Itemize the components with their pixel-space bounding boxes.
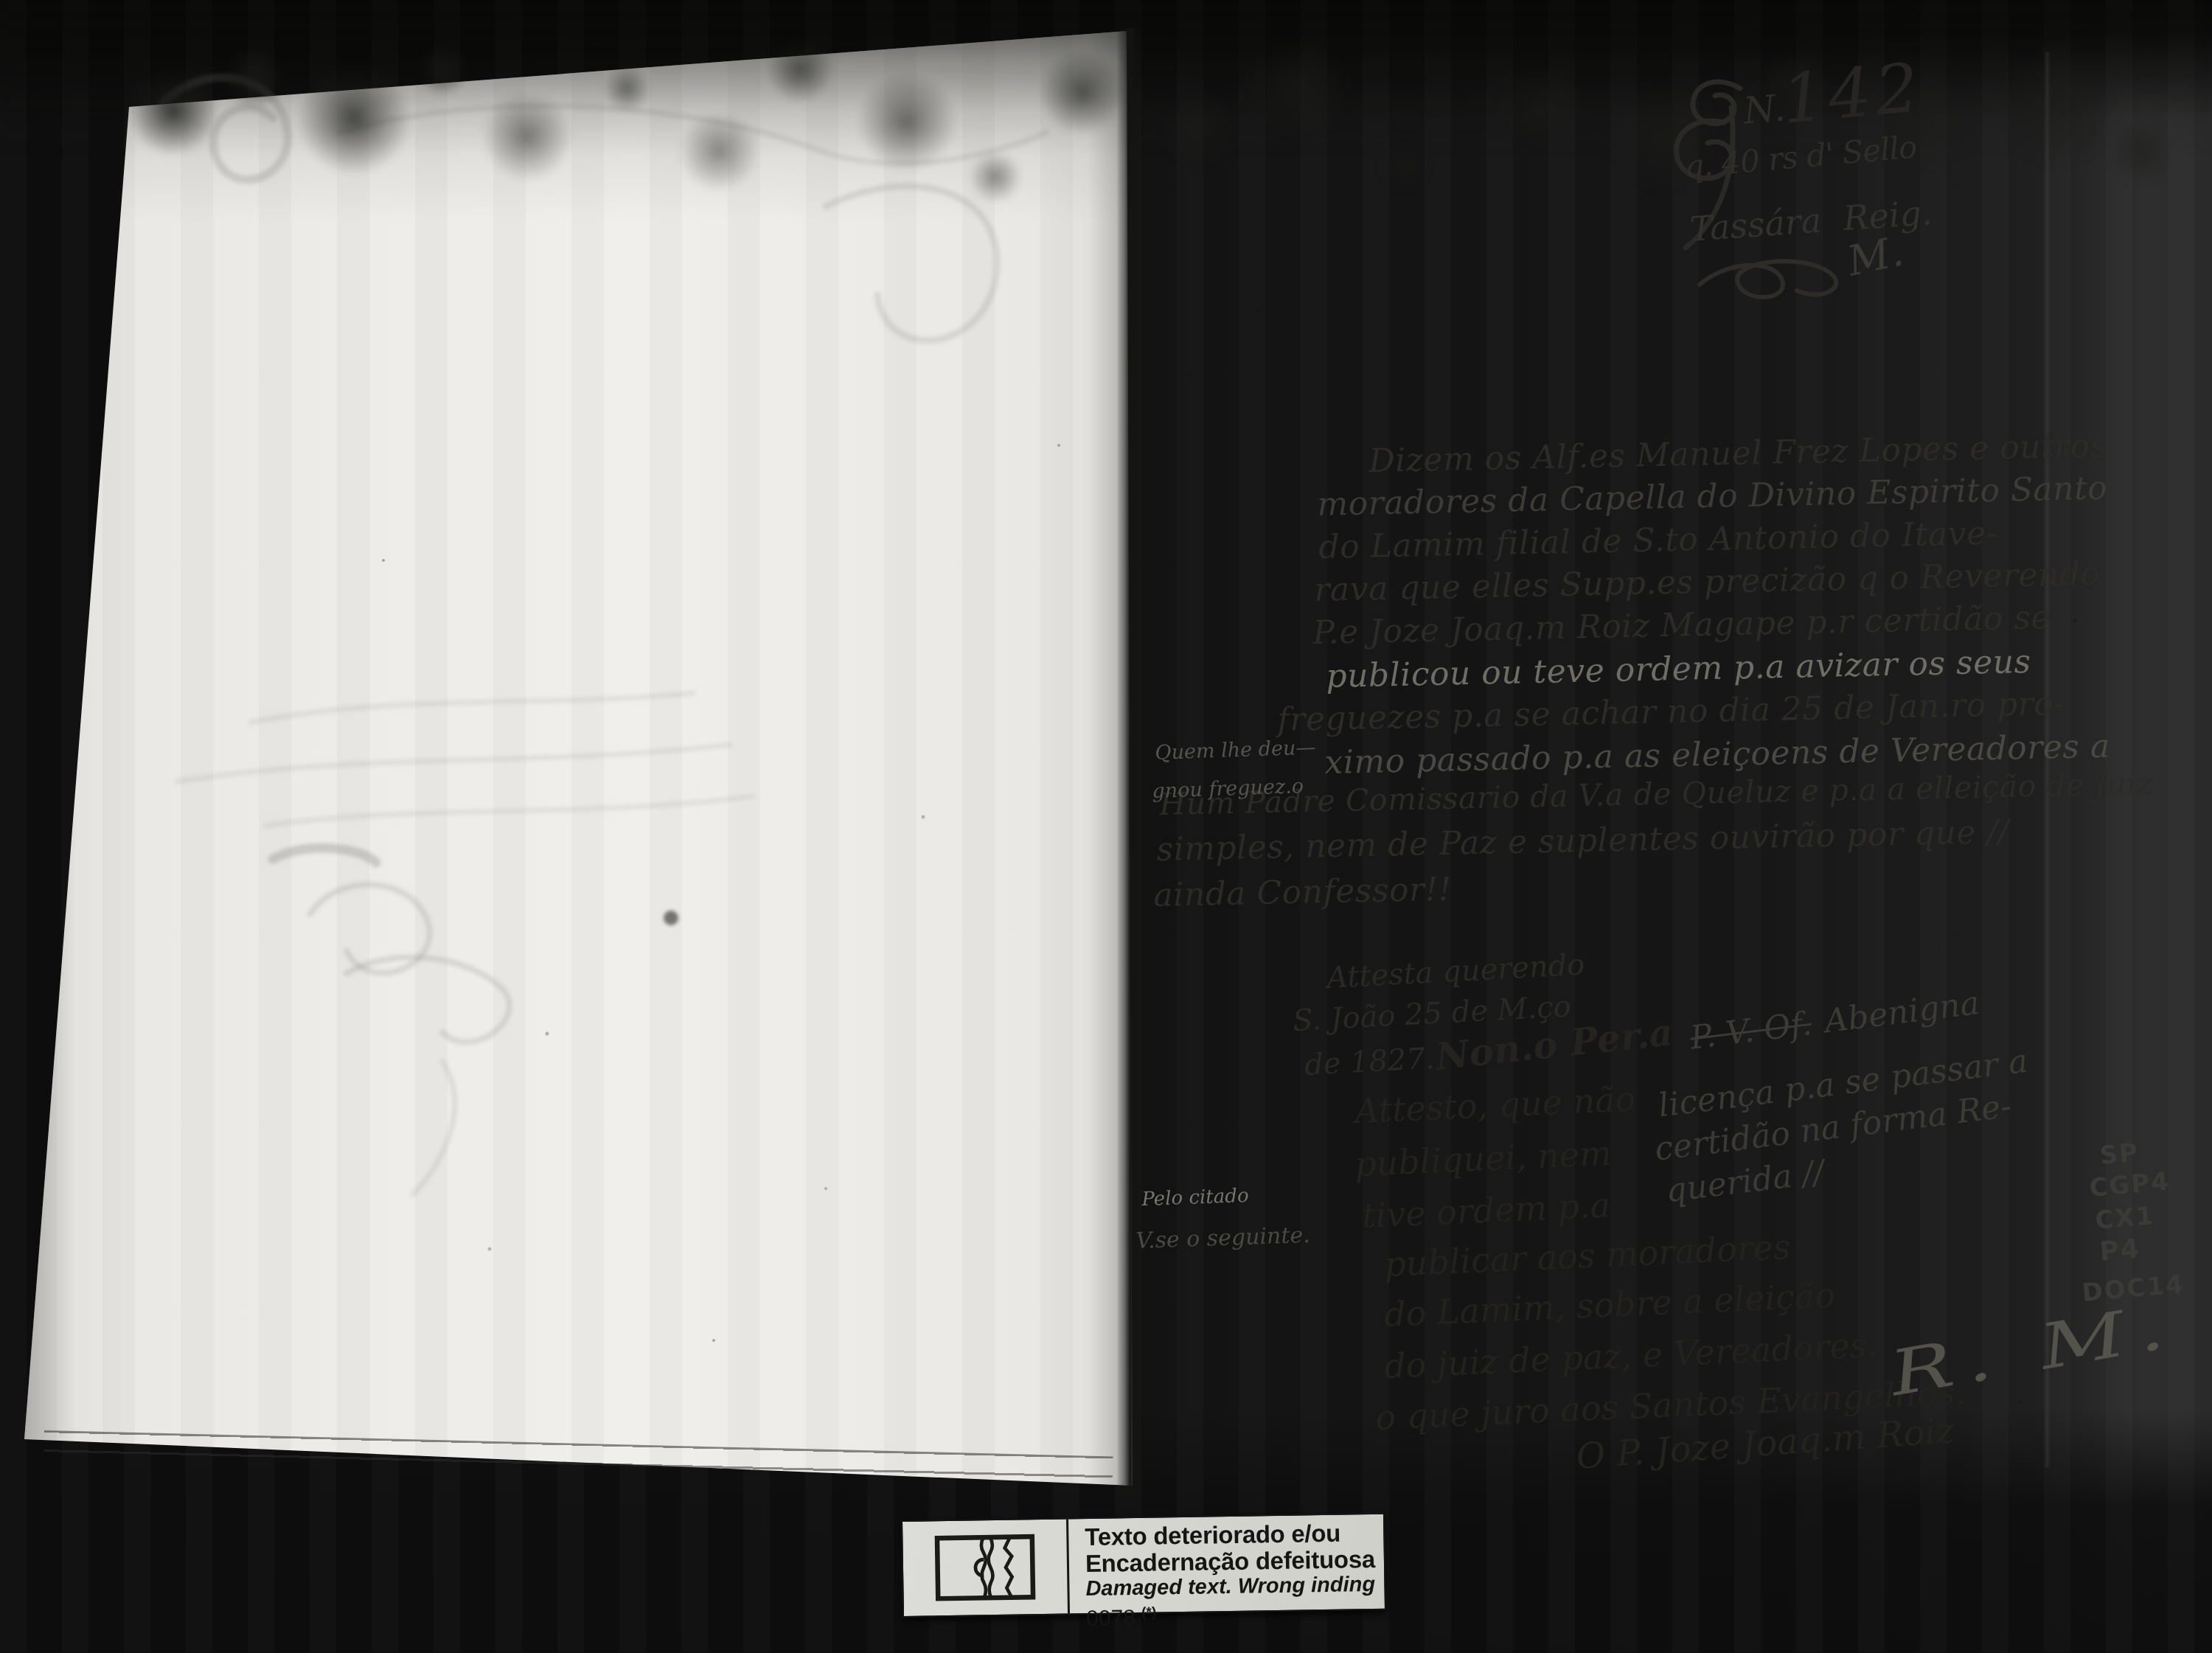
label-line-en: Damaged text. Wrong inding	[1085, 1573, 1375, 1601]
damaged-book-icon	[902, 1519, 1070, 1616]
petition-line: ainda Confessor!!	[1153, 871, 1452, 914]
archive-ref: CX1	[2094, 1201, 2156, 1236]
archive-ref: SP	[2098, 1138, 2140, 1171]
code-note: (*)	[1141, 1605, 1156, 1621]
margin-note: Pelo citado	[1141, 1185, 1249, 1211]
label-code: 0078 (*)	[1086, 1597, 1376, 1631]
underline-flourish	[1685, 249, 1877, 316]
document-number: 142	[1778, 48, 1925, 139]
grant-block: P. V. Of.Abenigna licença p.a se passar …	[1634, 976, 2073, 1261]
book-gutter	[1116, 28, 1144, 1491]
document-number-prefix: N.	[1742, 86, 1787, 133]
code-number: 0078	[1086, 1606, 1135, 1631]
attest-line: de 1827.	[1304, 1042, 1436, 1082]
label-text: Texto deteriorado e/ou Encadernação defe…	[1068, 1514, 1376, 1614]
archive-ref: P4	[2098, 1233, 2142, 1267]
spacer	[1822, 230, 1844, 232]
manuscript-scan: N. 142 q. 40 rs d' Sello TassáraReig. M.…	[0, 0, 2212, 1653]
label-line-pt: Encadernação defeituosa	[1085, 1546, 1375, 1577]
archive-condition-label: Texto deteriorado e/ou Encadernação defe…	[901, 1513, 1386, 1618]
